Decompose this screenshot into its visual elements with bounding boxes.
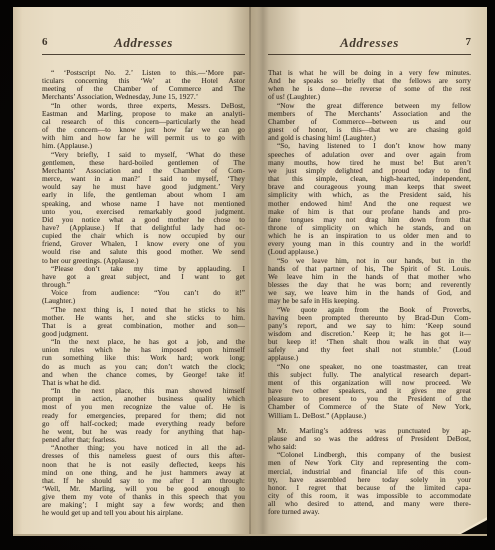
page-header: Addresses 7 (268, 35, 471, 53)
paragraph: Mr. Marling’s address was punctuated by … (268, 427, 471, 451)
paragraph: “Very briefly, I said to myself, ‘What d… (42, 151, 245, 265)
text-line: have got a great subject, and I want to … (42, 273, 245, 281)
paragraph: “We quote again from the Book of Proverb… (268, 306, 471, 363)
paragraph: Voice from audience: “You can’t do it!”(… (42, 289, 245, 305)
page-left: 6 Addresses “ ‘Postscript No. 2.’ Listen… (13, 7, 250, 534)
page-corner-fold (461, 520, 487, 534)
page-number: 7 (466, 36, 472, 48)
paragraph: “The next thing is, I noted that he stic… (42, 306, 245, 339)
paragraph: “ ‘Postscript No. 2.’ Listen to this.—‘M… (42, 69, 245, 102)
paragraph: “No one speaker, no one toastmaster, can… (268, 363, 471, 420)
page-body: That is what he will be doing in a very … (268, 69, 471, 516)
page-right: Addresses 7 That is what he will be doin… (250, 7, 487, 534)
text-line: William L. DeBost.” (Applause.) (268, 412, 471, 420)
text-line: he would get up and tell you about his a… (42, 509, 245, 517)
text-line: plause and so was the address of Preside… (268, 435, 471, 443)
paragraph: “Another thing; you have noticed in all … (42, 444, 245, 517)
header-rule (42, 54, 245, 55)
page-header: 6 Addresses (42, 35, 245, 53)
running-title: Addresses (268, 35, 471, 51)
paragraph: “So we leave him, not in our hands, but … (268, 257, 471, 306)
paragraph: That is what he will be doing in a very … (268, 69, 471, 102)
open-book: 6 Addresses “ ‘Postscript No. 2.’ Listen… (13, 7, 487, 534)
text-line: fore turned away. (268, 508, 471, 516)
running-title: Addresses (42, 35, 245, 51)
paragraph: “In the next place, he has got a job, an… (42, 338, 245, 387)
paragraph: “In other words, three experts, Messrs. … (42, 102, 245, 151)
page-body: “ ‘Postscript No. 2.’ Listen to this.—‘M… (42, 69, 245, 518)
page-stack-edge (13, 534, 487, 536)
paragraph: “Colonel Lindbergh, this company of the … (268, 451, 471, 516)
paragraph: “So, having listened to I don’t know how… (268, 142, 471, 256)
paragraph: “In the next place, this man showed hims… (42, 387, 245, 444)
header-rule (268, 54, 471, 55)
text-line: safely and thy feet shall not stumble.’ … (268, 346, 471, 354)
paragraph: “Now the great difference between my fel… (268, 102, 471, 143)
paragraph: “Please don’t take my time by applauding… (42, 265, 245, 289)
